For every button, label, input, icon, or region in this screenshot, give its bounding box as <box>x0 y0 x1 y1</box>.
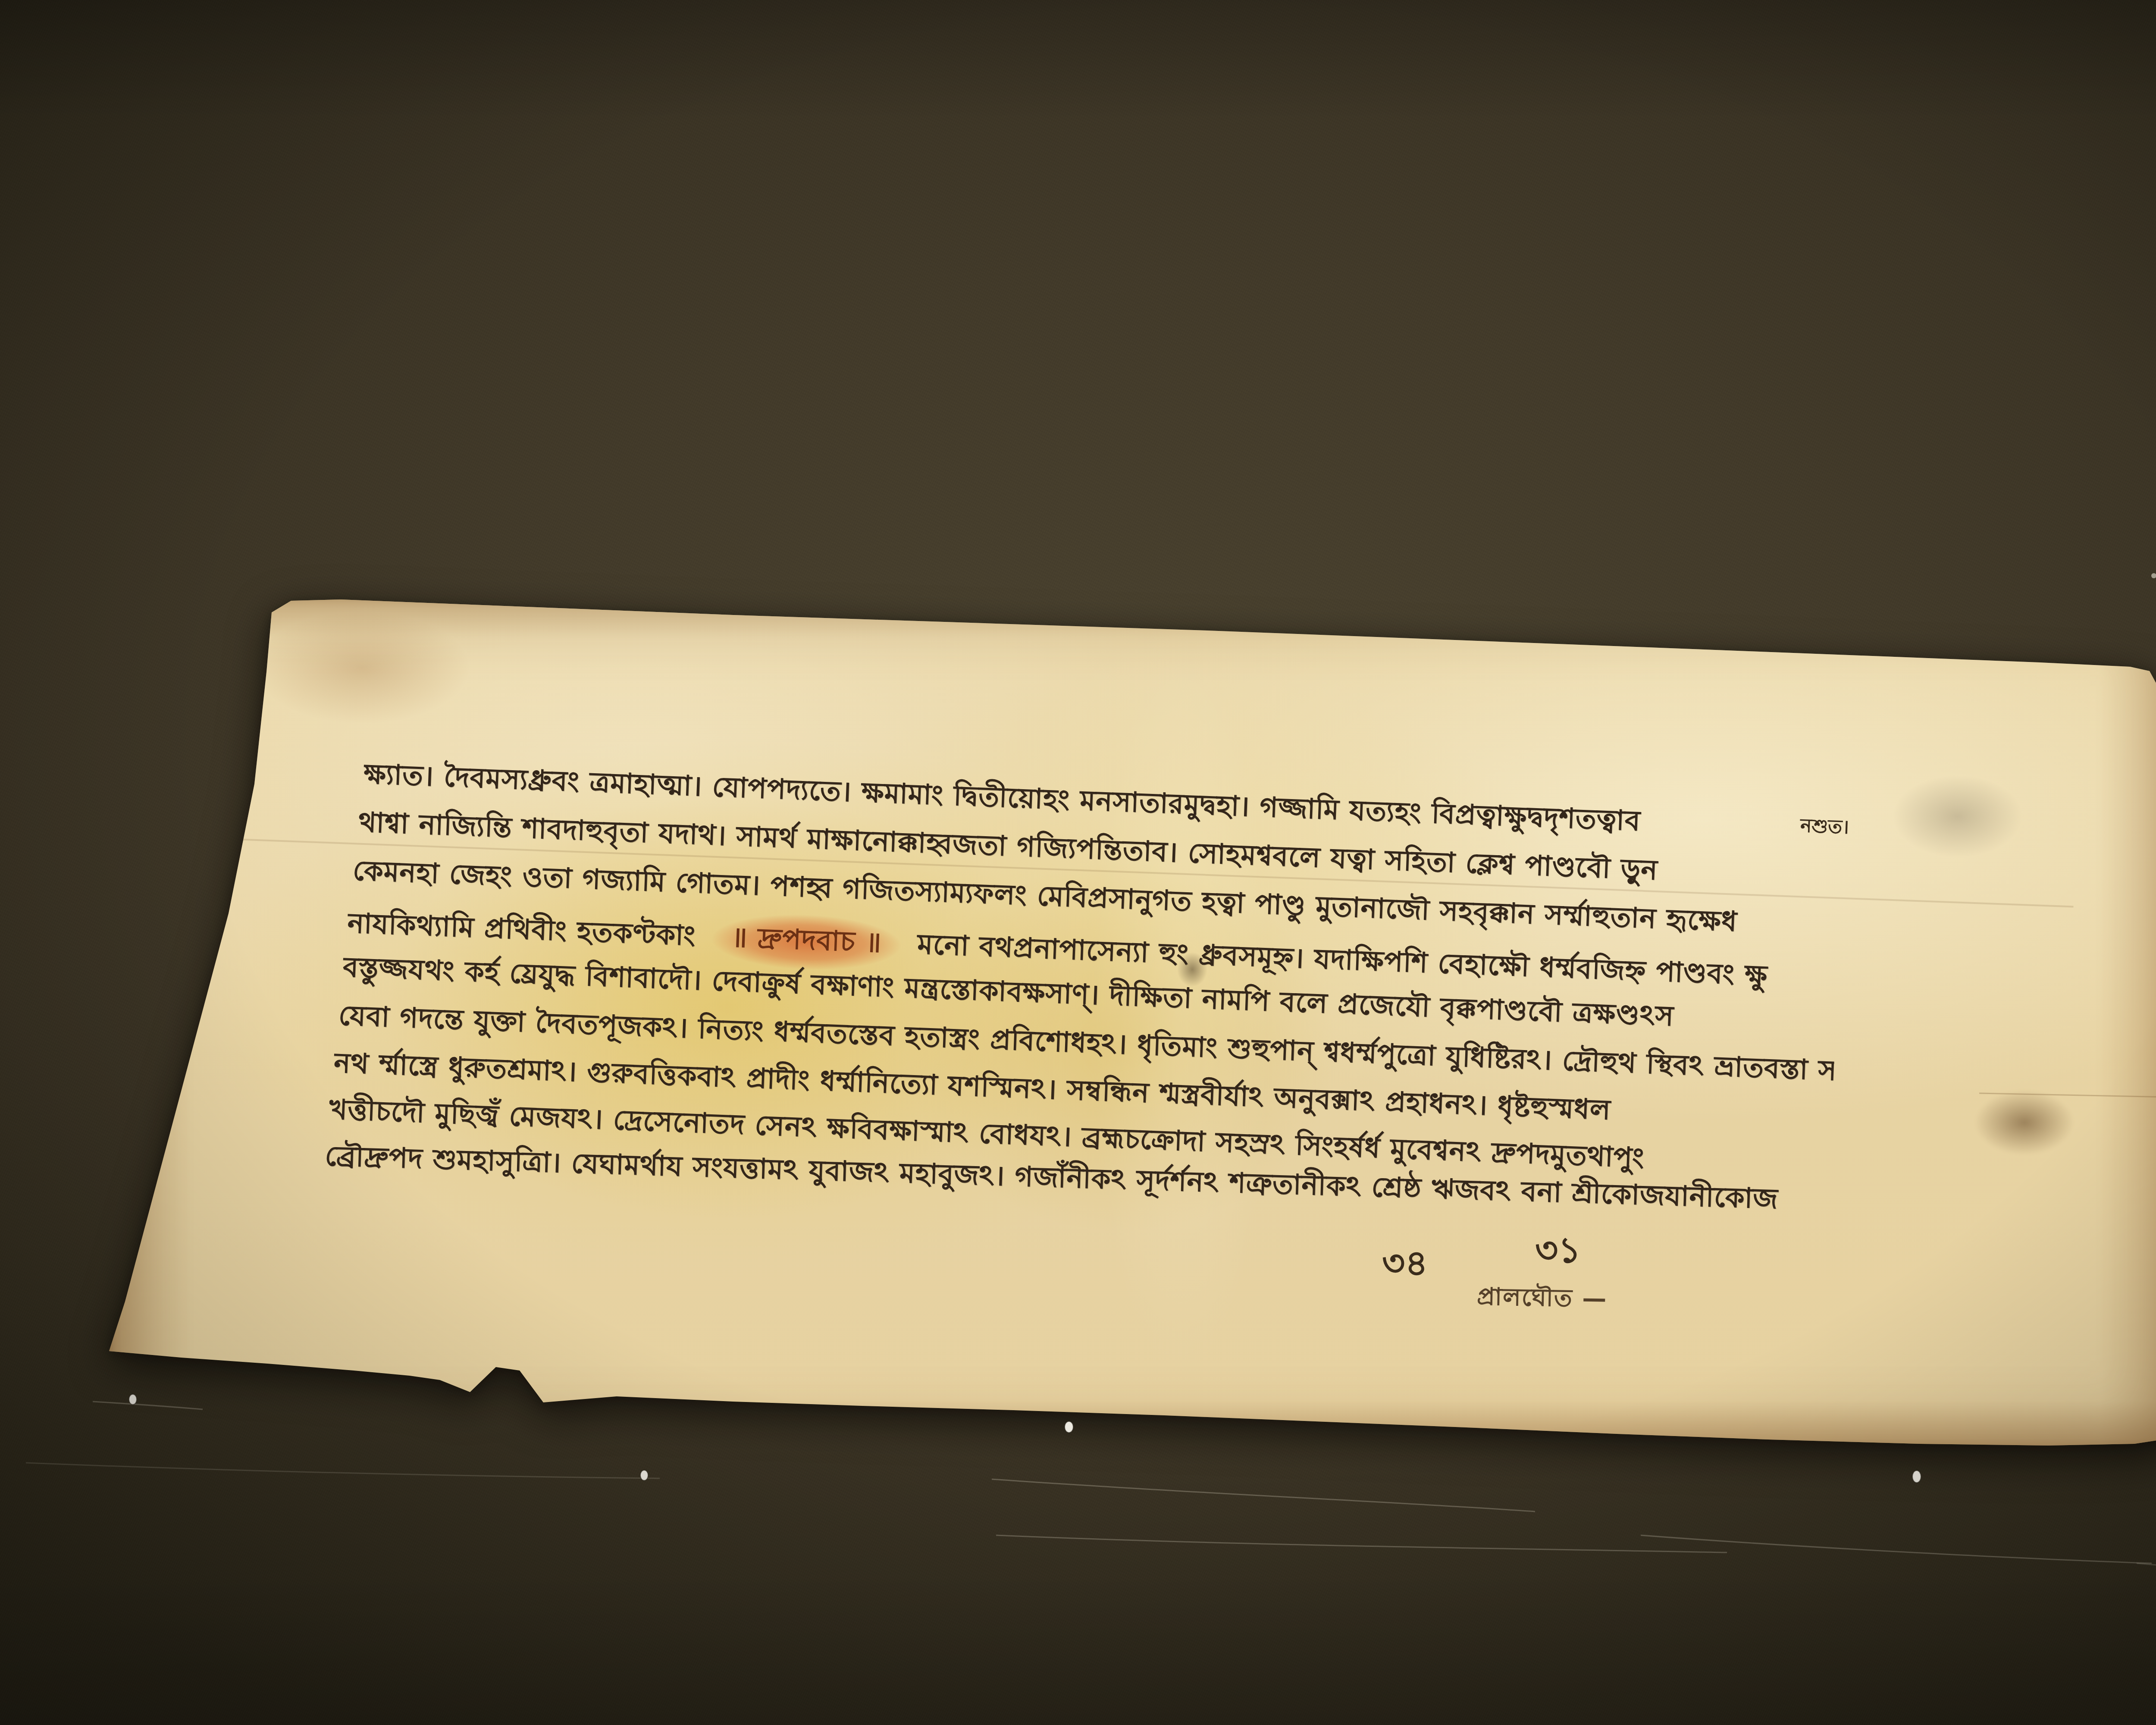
dust-speck <box>2151 573 2156 578</box>
manuscript-page: ক্ষ্যাত। দৈবমস্যধ্রুবং ত্রমাহাত্মা। যোপপ… <box>108 594 2156 1452</box>
folio-number-right: ৩১ <box>1535 1223 1581 1282</box>
grey-smudge <box>1893 775 2022 857</box>
colophon-note: প্রালঘৌত — <box>1476 1278 1608 1320</box>
pin <box>129 1394 137 1405</box>
margin-note: নশুত। <box>1800 811 1849 844</box>
photograph: ক্ষ্যাত। দৈবমস্যধ্রুবং ত্রমাহাত্মা। যোপপ… <box>0 0 2156 1725</box>
line-text: নাযকিথ্যামি প্রথিবীং হতকণ্টকাং <box>347 907 706 953</box>
ink-smudge <box>1975 1090 2074 1155</box>
pin <box>1065 1421 1073 1433</box>
pin <box>1912 1471 1921 1483</box>
pin <box>640 1470 648 1480</box>
toned-corner <box>254 612 470 724</box>
fold-crease <box>1979 1092 2156 1098</box>
folio-number-left: ৩৪ <box>1382 1236 1428 1295</box>
